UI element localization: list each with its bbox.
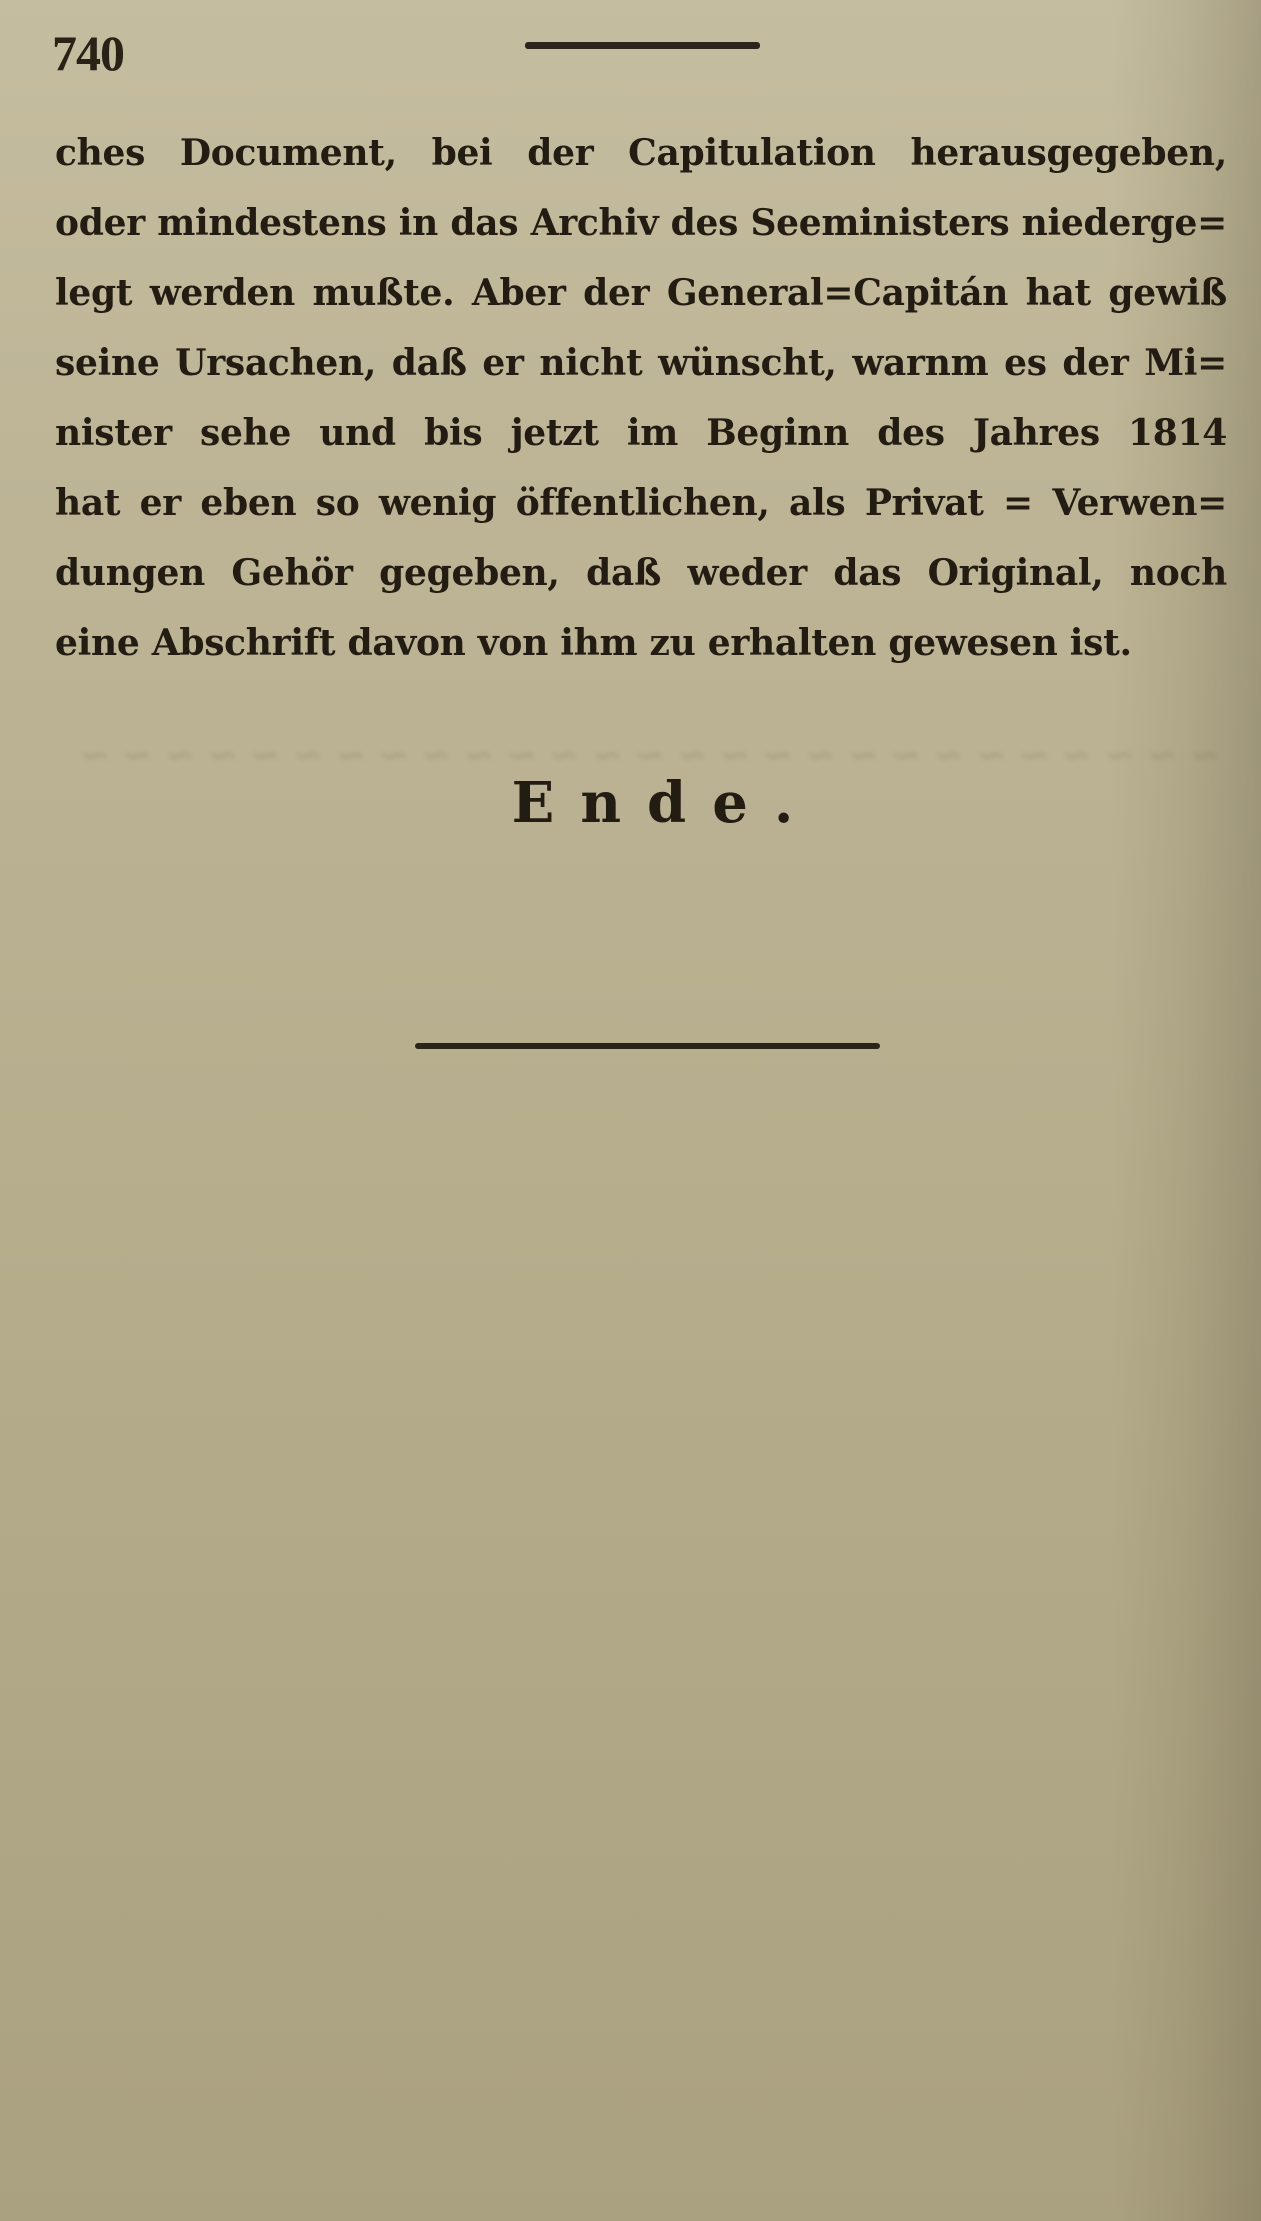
text-line: legt werden mußte. Aber der General=Capi… [55, 258, 1227, 328]
book-page: ~ ~ ~ ~ ~ ~ ~ ~ ~ ~ ~ ~ ~ ~ ~ ~ ~ ~ ~ ~ … [0, 0, 1261, 2221]
text-line: eine Abschrift davon von ihm zu erhalten… [55, 608, 1065, 678]
text-line: ches Document, bei der Capitulation hera… [55, 118, 1227, 188]
text-line: nister sehe und bis jetzt im Beginn des … [55, 398, 1227, 468]
text-line: dungen Gehör gegeben, daß weder das Orig… [55, 538, 1227, 608]
closing-heading: Ende. [0, 770, 1261, 836]
page-number: 740 [52, 24, 124, 82]
text-line: oder mindestens in das Archiv des Seemin… [55, 188, 1227, 258]
body-text: ches Document, bei der Capitulation hera… [55, 118, 1227, 678]
footer-rule [415, 1043, 880, 1049]
header-rule [525, 42, 760, 49]
text-line: seine Ursachen, daß er nicht wünscht, wa… [55, 328, 1227, 398]
text-line: hat er eben so wenig öffentlichen, als P… [55, 468, 1227, 538]
